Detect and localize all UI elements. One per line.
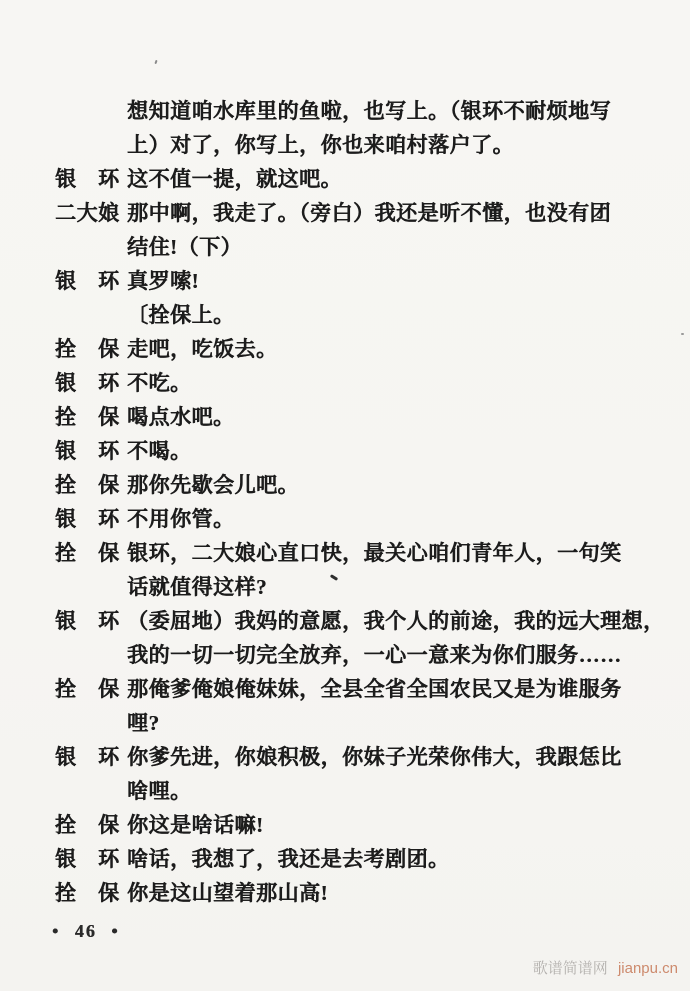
- script-line: 哩?: [55, 706, 660, 740]
- script-line: 啥哩。: [55, 774, 660, 808]
- script-line: 我的一切一切完全放弃，一心一意来为你们服务……: [55, 638, 660, 672]
- dialogue-text: 哩?: [127, 706, 660, 740]
- watermark-site-name: 歌谱简谱网: [533, 960, 608, 977]
- dialogue-text: 真罗嗦!: [127, 264, 660, 298]
- watermark-site-domain: jianpu.cn: [618, 960, 678, 977]
- dialogue-text: 那俺爹俺娘俺妹妹，全县全省全国农民又是为谁服务: [127, 672, 660, 706]
- speaker-name: 拴 保: [55, 876, 121, 910]
- scanned-script-page: 想知道咱水库里的鱼啦，也写上。（银环不耐烦地写 上）对了，你写上，你也来咱村落户…: [0, 0, 690, 991]
- speaker-name: 拴 保: [55, 808, 121, 842]
- script-line: 拴 保 走吧，吃饭去。: [55, 332, 660, 366]
- script-line: 银 环 你爹先进，你娘积极，你妹子光荣你伟大，我跟恁比: [55, 740, 660, 774]
- speaker-name: 拴 保: [55, 468, 121, 502]
- ink-speck: [154, 60, 157, 64]
- script-line: 拴 保 银环，二大娘心直口快，最关心咱们青年人，一句笑: [55, 536, 660, 570]
- dialogue-text: 上）对了，你写上，你也来咱村落户了。: [127, 128, 660, 162]
- dialogue-text: 那你先歇会儿吧。: [127, 468, 660, 502]
- script-line: 话就值得这样?: [55, 570, 660, 604]
- dialogue-text: 不喝。: [127, 434, 660, 468]
- dialogue-text: 那中啊，我走了。（旁白）我还是听不懂，也没有团: [127, 196, 660, 230]
- script-line: 结住!（下）: [55, 230, 660, 264]
- ink-speck: [681, 333, 684, 335]
- script-line: 拴 保 喝点水吧。: [55, 400, 660, 434]
- script-line: 银 环 不用你管。: [55, 502, 660, 536]
- watermark: 歌谱简谱网 jianpu.cn: [533, 957, 678, 978]
- dialogue-text: 银环，二大娘心直口快，最关心咱们青年人，一句笑: [127, 536, 660, 570]
- speaker-name: 银 环: [55, 366, 121, 400]
- speaker-name: 银 环: [55, 264, 121, 298]
- dialogue-text: 啥话，我想了，我还是去考剧团。: [127, 842, 660, 876]
- dialogue-text: 你这是啥话嘛!: [127, 808, 660, 842]
- dialogue-text: 不吃。: [127, 366, 660, 400]
- script-line: 银 环 啥话，我想了，我还是去考剧团。: [55, 842, 660, 876]
- speaker-name: 银 环: [55, 434, 121, 468]
- speaker-name: 拴 保: [55, 672, 121, 706]
- dialogue-text: 你是这山望着那山高!: [127, 876, 660, 910]
- script-line: 拴 保 那你先歇会儿吧。: [55, 468, 660, 502]
- script-line: 二大娘 那中啊，我走了。（旁白）我还是听不懂，也没有团: [55, 196, 660, 230]
- dialogue-text: 话就值得这样?: [127, 570, 660, 604]
- speaker-name: 二大娘: [55, 196, 121, 230]
- speaker-name: 拴 保: [55, 536, 121, 570]
- dialogue-text: 啥哩。: [127, 774, 660, 808]
- speaker-name: 银 环: [55, 842, 121, 876]
- speaker-name: 银 环: [55, 162, 121, 196]
- script-body: 想知道咱水库里的鱼啦，也写上。（银环不耐烦地写 上）对了，你写上，你也来咱村落户…: [55, 94, 660, 910]
- script-line: 拴 保 你这是啥话嘛!: [55, 808, 660, 842]
- dialogue-text: 我的一切一切完全放弃，一心一意来为你们服务……: [127, 638, 660, 672]
- dialogue-text: 你爹先进，你娘积极，你妹子光荣你伟大，我跟恁比: [127, 740, 660, 774]
- script-line: 银 环 不吃。: [55, 366, 660, 400]
- script-line: 银 环 这不值一提，就这吧。: [55, 162, 660, 196]
- dialogue-text: 不用你管。: [127, 502, 660, 536]
- script-line: 银 环 真罗嗦!: [55, 264, 660, 298]
- page-number: • 46 •: [52, 921, 120, 942]
- dialogue-text: （委屈地）我妈的意愿，我个人的前途，我的远大理想，: [127, 604, 665, 638]
- dialogue-text: 结住!（下）: [127, 230, 660, 264]
- dialogue-text: 想知道咱水库里的鱼啦，也写上。（银环不耐烦地写: [127, 94, 660, 128]
- dialogue-text: 〔拴保上。: [127, 298, 660, 332]
- dialogue-text: 喝点水吧。: [127, 400, 660, 434]
- dialogue-text: 走吧，吃饭去。: [127, 332, 660, 366]
- script-line: 〔拴保上。: [55, 298, 660, 332]
- script-line: 银 环 不喝。: [55, 434, 660, 468]
- script-line: 上）对了，你写上，你也来咱村落户了。: [55, 128, 660, 162]
- speaker-name: 拴 保: [55, 400, 121, 434]
- script-line: 想知道咱水库里的鱼啦，也写上。（银环不耐烦地写: [55, 94, 660, 128]
- speaker-name: 银 环: [55, 502, 121, 536]
- speaker-name: 拴 保: [55, 332, 121, 366]
- script-line: 银 环 （委屈地）我妈的意愿，我个人的前途，我的远大理想，: [55, 604, 660, 638]
- script-line: 拴 保 那俺爹俺娘俺妹妹，全县全省全国农民又是为谁服务: [55, 672, 660, 706]
- dialogue-text: 这不值一提，就这吧。: [127, 162, 660, 196]
- speaker-name: 银 环: [55, 740, 121, 774]
- script-line: 拴 保 你是这山望着那山高!: [55, 876, 660, 910]
- speaker-name: 银 环: [55, 604, 121, 638]
